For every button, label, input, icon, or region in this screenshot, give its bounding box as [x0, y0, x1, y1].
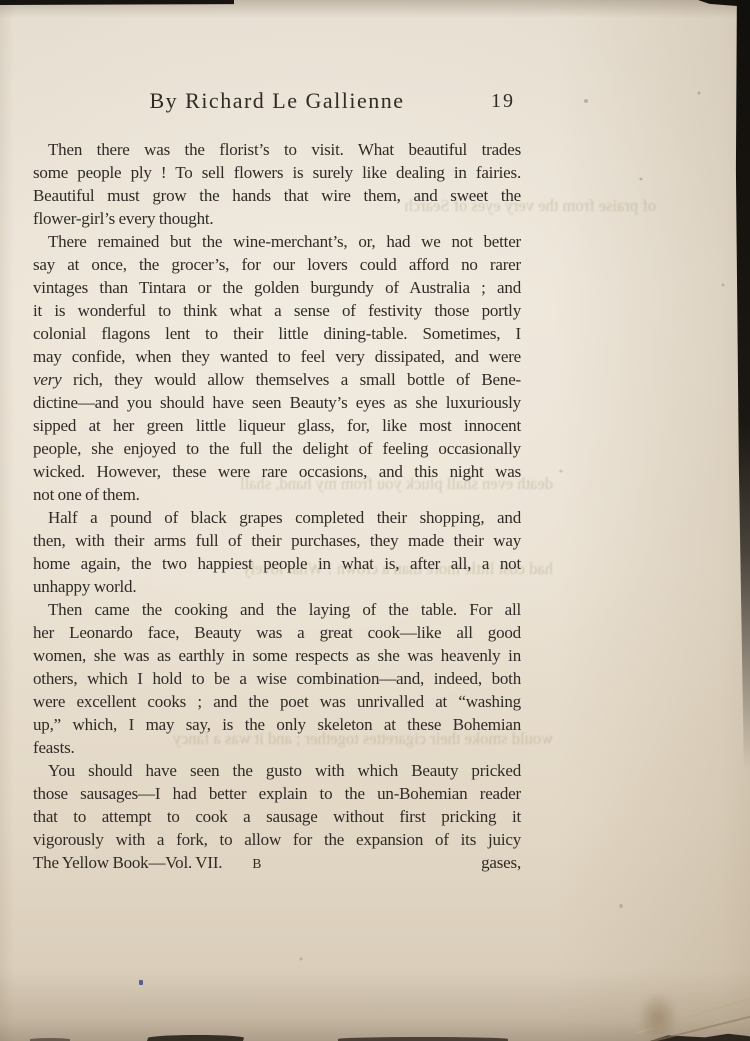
text-line: Half a pound of black grapes completed t… [33, 506, 521, 529]
text-line: some people ply ! To sell flowers is sur… [33, 161, 521, 184]
page-number: 19 [491, 90, 515, 113]
text-line: that to attempt to cook a sausage withou… [33, 805, 521, 828]
text-line: those sausages—I had better explain to t… [33, 782, 521, 805]
text-line: Then came the cooking and the laying of … [33, 598, 521, 621]
text-line: dictine—and you should have seen Beauty’… [33, 391, 521, 414]
paragraph: Then came the cooking and the laying of … [33, 598, 521, 759]
page-content: By Richard Le Gallienne 19 Then there wa… [33, 88, 521, 875]
bottom-smudge [147, 1035, 245, 1041]
text-line: Beautiful must grow the hands that wire … [33, 184, 521, 207]
ink-speck [139, 980, 143, 985]
text-line: sipped at her green little liqueur glass… [33, 414, 521, 437]
text-line: flower-girl’s every thought. [33, 207, 521, 230]
paragraph: There remained but the wine-merchant’s, … [33, 230, 521, 506]
bottom-smudge [338, 1037, 508, 1041]
volume-label: The Yellow Book—Vol. VII. [33, 851, 222, 874]
text-line: not one of them. [33, 483, 521, 506]
paper-specks [0, 0, 2, 2]
text-line: vigorously with a fork, to allow for the… [33, 828, 521, 851]
text-line: her Leonardo face, Beauty was a great co… [33, 621, 521, 644]
text-line: You should have seen the gusto with whic… [33, 759, 521, 782]
catchword: gases, [481, 851, 521, 874]
text-line: say at once, the grocer’s, for our lover… [33, 253, 521, 276]
footer-line: The Yellow Book—Vol. VII. B gases, [33, 851, 521, 875]
author-line: By Richard Le Gallienne [33, 88, 521, 114]
text-line: were excellent cooks ; and the poet was … [33, 690, 521, 713]
paragraph: Then there was the florist’s to visit. W… [33, 138, 521, 230]
signature-letter: B [252, 852, 262, 875]
text-line: very rich, they would allow themselves a… [33, 368, 521, 391]
text-line: wicked. However, these were rare occasio… [33, 460, 521, 483]
text-line: There remained but the wine-merchant’s, … [33, 230, 521, 253]
text-line: others, which I hold to be a wise combin… [33, 667, 521, 690]
scan-edge-top [0, 0, 234, 5]
body-text: Then there was the florist’s to visit. W… [33, 138, 521, 851]
text-line: then, with their arms full of their purc… [33, 529, 521, 552]
text-line: may confide, when they wanted to feel ve… [33, 345, 521, 368]
scanned-book-page: By Richard Le Gallienne 19 Then there wa… [0, 0, 750, 1041]
scan-edge-right [734, 0, 750, 770]
text-line: women, she was as earthly in some respec… [33, 644, 521, 667]
text-line: Then there was the florist’s to visit. W… [33, 138, 521, 161]
text-line: up,” which, I may say, is the only skele… [33, 713, 521, 736]
text-line: colonial flagons lent to their little di… [33, 322, 521, 345]
running-header: By Richard Le Gallienne 19 [33, 88, 521, 118]
paragraph: Half a pound of black grapes completed t… [33, 506, 521, 598]
text-line: feasts. [33, 736, 521, 759]
text-line: unhappy world. [33, 575, 521, 598]
paper-stain [638, 992, 678, 1041]
paragraph: You should have seen the gusto with whic… [33, 759, 521, 851]
text-line: it is wonderful to think what a sense of… [33, 299, 521, 322]
text-line: home again, the two happiest people in w… [33, 552, 521, 575]
text-line: vintages than Tintara or the golden burg… [33, 276, 521, 299]
text-line: people, she enjoyed to the full the deli… [33, 437, 521, 460]
